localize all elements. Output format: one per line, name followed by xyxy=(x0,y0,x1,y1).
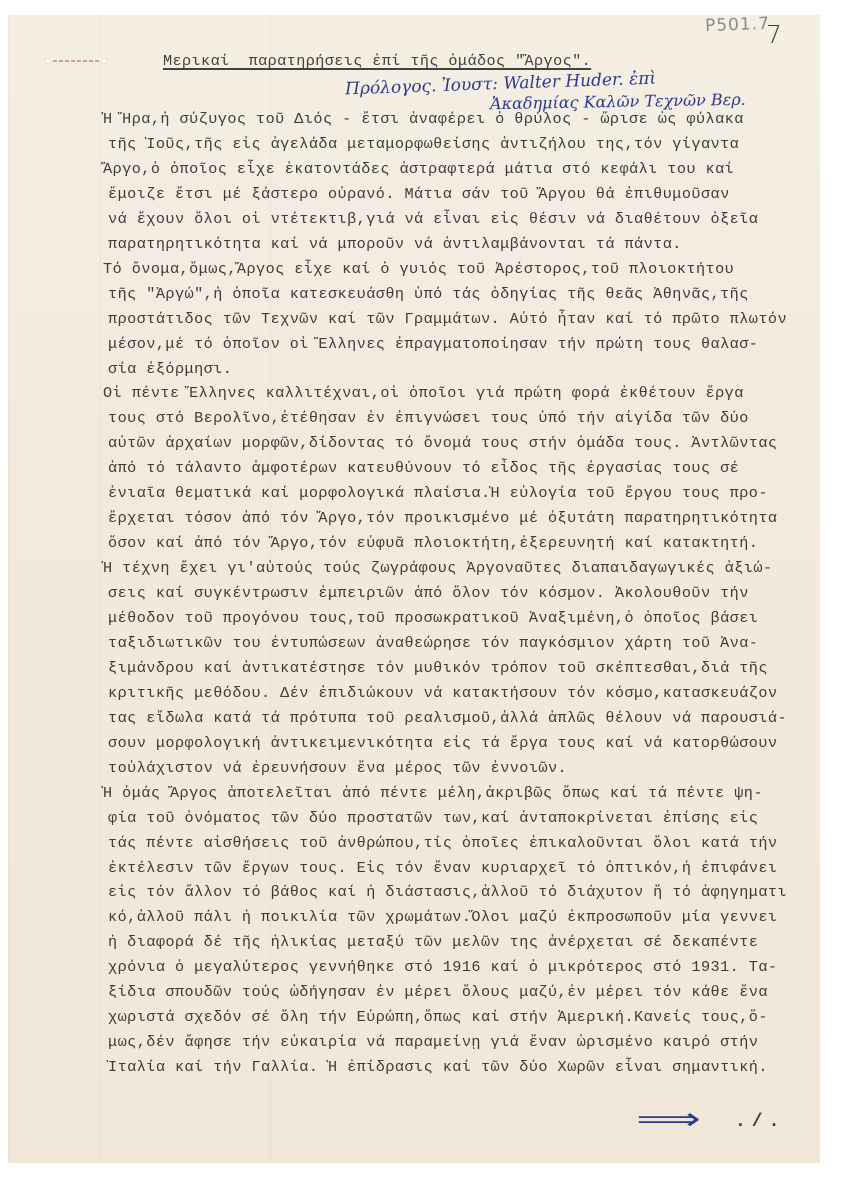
text-line: σεις καί συγκέντρωσιν ἐμπειριῶν ἀπό ὅλον… xyxy=(108,584,749,602)
text-line: Τό ὄνομα,ὅμως,Ἄργος εἶχε καί ὁ γυιός τοῦ… xyxy=(103,260,734,278)
continuation-arrow-icon: ⟹ xyxy=(636,1102,701,1137)
text-line: τῆς "Ἀργώ",ἡ ὁποῖα κατεσκευάσθη ὑπό τάς … xyxy=(108,285,749,303)
text-line: κριτικῆς μεθόδου. Δέν ἐπιδιώκουν νά κατα… xyxy=(108,684,777,702)
text-line: ξίδια σπουδῶν τούς ὡδήγησαν ἐν μέρει ὅλο… xyxy=(108,983,768,1001)
text-line: τοὐλάχιστον νά ἐρευνήσουν ἕνα μέρος τῶν … xyxy=(108,759,567,777)
text-line: χωριστά σχεδόν σέ ὅλη τήν Εὐρώπη,ὅπως κα… xyxy=(108,1008,768,1026)
text-line: αὐτῶν ἀρχαίων μορφῶν,δίδοντας τό ὄνομά τ… xyxy=(108,434,777,452)
text-line: ἑνιαῖα θεματικά καί μορφολογικά πλαίσια.… xyxy=(108,484,768,502)
text-line: ὅσον καί ἀπό τόν Ἄργο,τόν εὐφυᾶ πλοιοκτή… xyxy=(108,534,758,552)
document-title: Μερικαί παρατηρήσεις ἐπί τῆς ὁμάδος "Ἄργ… xyxy=(163,52,591,70)
text-line: Οἱ πέντε Ἕλληνες καλλιτέχναι,οἱ ὁποῖοι γ… xyxy=(103,384,744,402)
rust-mark xyxy=(53,60,99,62)
text-line: μέθοδον τοῦ προγόνου τους,τοῦ προσωκρατι… xyxy=(108,609,758,627)
archive-reference-code: P501.7 xyxy=(705,14,771,36)
text-line: ἔμοιζε ἔτσι μέ ξάστερο οὐρανό. Μάτια σάν… xyxy=(108,185,730,203)
page-number: 7 xyxy=(766,20,782,49)
text-line: νά ἔχουν ὅλοι οἱ ντέτεκτιβ,γιά νά εἶναι … xyxy=(108,210,758,228)
text-line: προστάτιδος τῶν Τεχνῶν καί τῶν Γραμμάτων… xyxy=(108,310,787,328)
text-line: σία ἐξόρμησι. xyxy=(108,360,232,378)
text-line: σουν μορφολογική ἀντικειμενικότητα εἰς τ… xyxy=(108,734,777,752)
text-line: ξιμάνδρου καί ἀντικατέστησε τόν μυθικόν … xyxy=(108,659,768,677)
text-line: μως,δέν ἄφησε τήν εὐκαιρία νά παραμείνῃ … xyxy=(108,1033,758,1051)
punch-hole xyxy=(102,59,106,63)
text-line: Ἰταλία καί τήν Γαλλία. Ἡ ἐπίδρασις καί τ… xyxy=(108,1058,768,1076)
text-line: Ἡ ὁμάς Ἄργος ἀποτελεῖται ἀπό πέντε μέλη,… xyxy=(103,784,763,802)
punch-hole xyxy=(46,59,50,63)
text-line: τους στό Βερολῖνο,ἐτέθησαν ἐν ἐπιγνώσει … xyxy=(108,409,749,427)
text-line: ἀπό τό τάλαντο ἀμφοτέρων κατευθύνουν τό … xyxy=(108,459,739,477)
text-line: παρατηρητικότητα καί νά μποροῦν νά ἀντιλ… xyxy=(108,235,682,253)
text-line: μέσον,μέ τό ὁποῖον οἱ Ἕλληνες ἐπραγματοπ… xyxy=(108,335,758,353)
staple-holes xyxy=(46,59,106,63)
page-end-mark: ./. xyxy=(735,1112,785,1132)
text-line: φία τοῦ ὀνόματος τῶν δύο προστατῶν των,κ… xyxy=(108,809,758,827)
paper-fold-line xyxy=(100,15,101,1163)
text-line: ταξιδιωτικῶν του ἐντυπώσεων ἀναθεώρησε τ… xyxy=(108,634,758,652)
text-line: τάς πέντε αἰσθήσεις τοῦ ἀνθρώπου,τίς ὁπο… xyxy=(108,834,777,852)
text-line: τας εἴδωλα κατά τά πρότυπα τοῦ ρεαλισμοῦ… xyxy=(108,709,787,727)
text-line: ἐκτέλεσιν τῶν ἔργων τους. Εἰς τόν ἕναν κ… xyxy=(108,859,777,877)
text-line: Ἄργο,ὁ ὁποῖος εἶχε ἑκατοντάδες ἀστραφτερ… xyxy=(103,160,734,178)
text-line: Ἡ τέχνη ἔχει γι'αὐτούς τούς ζωγράφους Ἀρ… xyxy=(103,559,772,577)
text-line: εἰς τόν ἄλλον τό βάθος καί ἡ διάστασις,ἀ… xyxy=(108,883,787,901)
text-line: τῆς Ἰοῦς,τῆς εἰς ἀγελάδα μεταμορφωθείσης… xyxy=(108,135,739,153)
text-line: ἡ διαφορά δέ τῆς ἡλικίας μεταξύ τῶν μελῶ… xyxy=(108,933,758,951)
text-line: ἔρχεται τόσον ἀπό τόν Ἄργο,τόν προικισμέ… xyxy=(108,509,777,527)
text-line: κό,ἀλλοῦ πάλι ἡ ποικιλία τῶν χρωμάτων.Ὅλ… xyxy=(108,908,777,926)
text-line: χρόνια ὁ μεγαλύτερος γεννήθηκε στό 1916 … xyxy=(108,958,777,976)
text-line: Ἡ Ἥρα,ἡ σύζυγος τοῦ Διός - ἔτσι ἀναφέρει… xyxy=(103,110,744,128)
